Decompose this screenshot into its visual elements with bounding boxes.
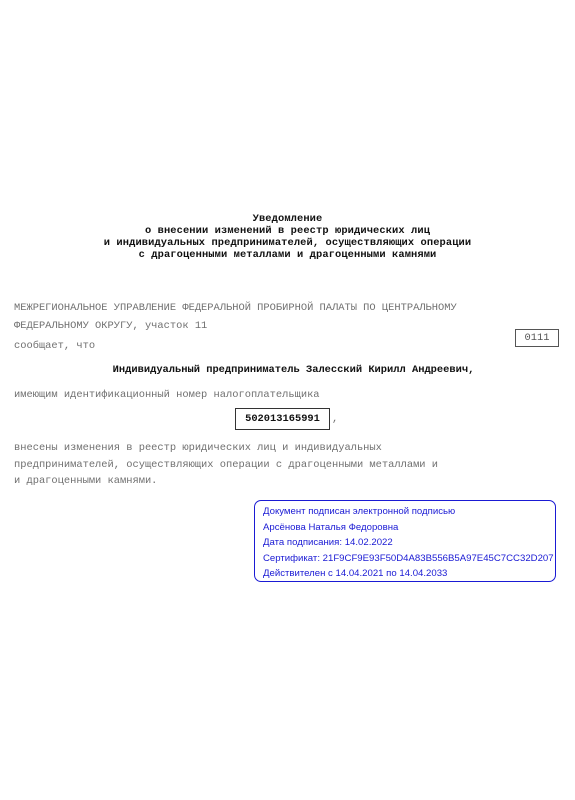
organization-name: МЕЖРЕГИОНАЛЬНОЕ УПРАВЛЕНИЕ ФЕДЕРАЛЬНОЙ П… [14, 299, 457, 335]
organization-line: ФЕДЕРАЛЬНОМУ ОКРУГУ, участок 11 [14, 317, 457, 335]
changes-line: и драгоценными камнями. [14, 473, 438, 490]
signature-signer: Арсёнова Наталья Федоровна [263, 520, 555, 536]
signature-certificate: Сертификат: 21F9CF9E93F50D4A83B556B5A97E… [263, 551, 555, 567]
heading-title: Уведомление [0, 213, 575, 225]
changes-line: предпринимателей, осуществляющих операци… [14, 457, 438, 474]
subject-name: Индивидуальный предприниматель Залесский… [0, 364, 575, 376]
document-heading: Уведомление о внесении изменений в реест… [0, 213, 575, 261]
changes-line: внесены изменения в реестр юридических л… [14, 440, 438, 457]
signature-validity: Действителен с 14.04.2021 по 14.04.2033 [263, 566, 555, 582]
inn-label: имеющим идентификационный номер налогопл… [14, 389, 320, 401]
organization-line: МЕЖРЕГИОНАЛЬНОЕ УПРАВЛЕНИЕ ФЕДЕРАЛЬНОЙ П… [14, 299, 457, 317]
heading-line: о внесении изменений в реестр юридически… [0, 225, 575, 237]
changes-text: внесены изменения в реестр юридических л… [14, 440, 438, 490]
signature-date: Дата подписания: 14.02.2022 [263, 535, 555, 551]
heading-line: с драгоценными металлами и драгоценными … [0, 249, 575, 261]
electronic-signature-stamp: Документ подписан электронной подписью А… [254, 500, 556, 582]
inn-value-box: 502013165991 [235, 408, 330, 430]
heading-line: и индивидуальных предпринимателей, осуще… [0, 237, 575, 249]
inn-trailing-comma: , [332, 413, 338, 425]
organization-code-box: 0111 [515, 329, 559, 347]
signature-title: Документ подписан электронной подписью [263, 504, 555, 520]
reports-text: сообщает, что [14, 340, 95, 352]
